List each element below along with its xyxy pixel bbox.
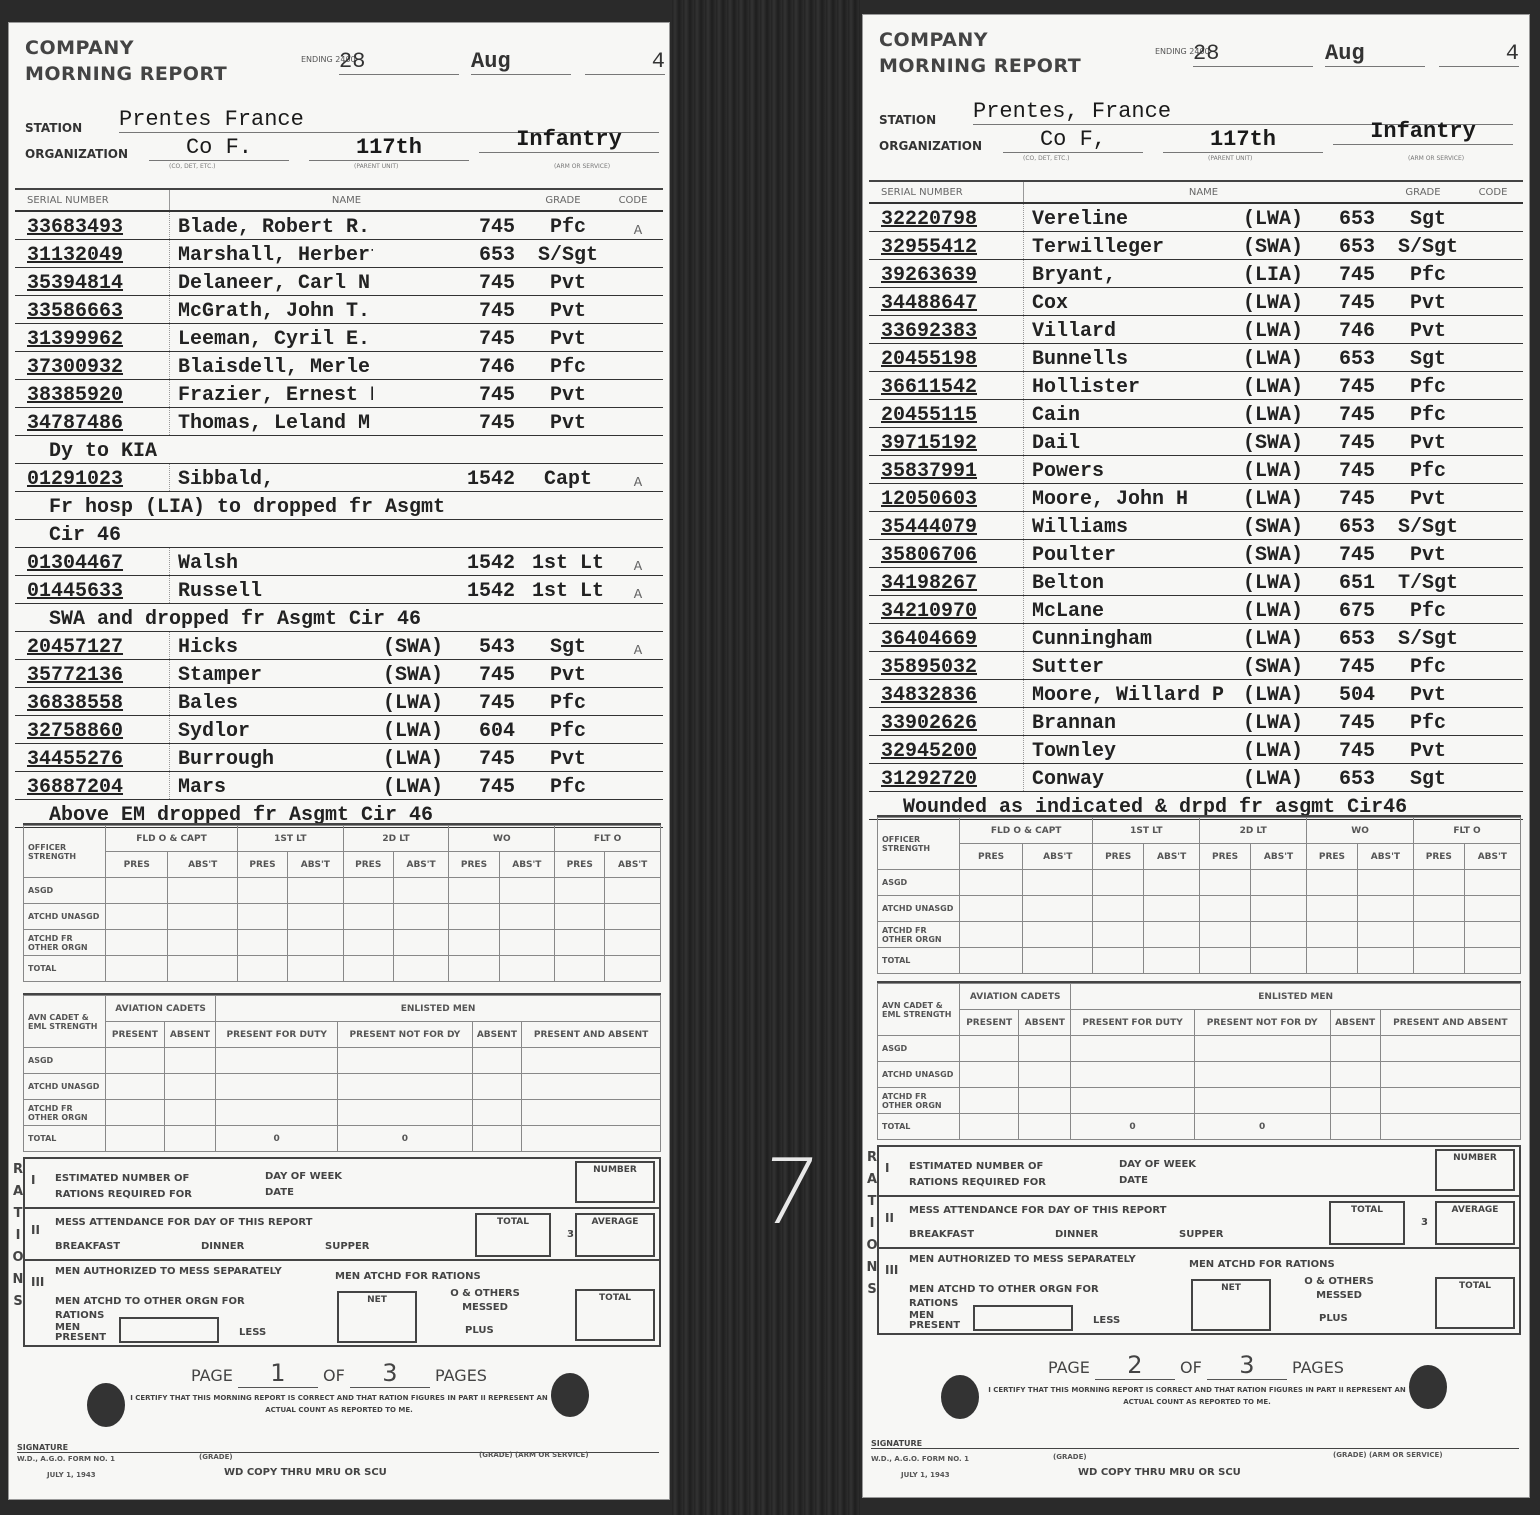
org-regiment: 117th: [1163, 127, 1323, 153]
mos-code: 653: [1313, 628, 1383, 651]
mos-code: 746: [453, 356, 523, 379]
grade: Pfc: [1383, 404, 1473, 427]
roster-row: 31292720Conway(LWA)653Sgt: [869, 764, 1523, 792]
mos-code: 745: [1313, 432, 1383, 455]
strength-row: ASGD: [878, 1036, 1521, 1062]
roster-row: 20455198Bunnells(LWA)653Sgt: [869, 344, 1523, 372]
strength-row: ATCHD UNASGD: [24, 1074, 661, 1100]
serial-number: 37300932: [15, 352, 170, 379]
soldier-name: Hollister: [1024, 376, 1233, 399]
roster-row: 39715192Dail(SWA)745Pvt: [869, 428, 1523, 456]
casualty-status: (SWA): [1233, 544, 1313, 567]
mos-code: 745: [1313, 264, 1383, 287]
report-day: 28: [1193, 41, 1313, 67]
roster-row: 01304467Walsh15421st LtA: [15, 548, 663, 576]
casualty-status: (SWA): [1233, 432, 1313, 455]
grade: Sgt: [523, 636, 613, 659]
casualty-status: (LWA): [1233, 600, 1313, 623]
serial-number: 39715192: [869, 428, 1024, 455]
roster-row: 38385920Frazier, Ernest E.745Pvt: [15, 380, 663, 408]
grade: Sgt: [1383, 768, 1473, 791]
form-title: COMPANY MORNING REPORT: [25, 35, 227, 87]
mess-total-box: TOTAL: [1329, 1201, 1405, 1245]
soldier-name: Powers: [1024, 460, 1233, 483]
strength-row: ATCHD UNASGD: [24, 904, 661, 930]
serial-number: 01304467: [15, 548, 170, 575]
mos-code: 604: [453, 720, 523, 743]
col-name: NAME: [170, 195, 523, 206]
soldier-name: Brannan: [1024, 712, 1233, 735]
mos-code: 1542: [453, 468, 523, 491]
roster-row: 32220798Vereline(LWA)653Sgt: [869, 204, 1523, 232]
mos-code: 745: [1313, 292, 1383, 315]
cadet-enlisted-strength-table: AVN CADET & EML STRENGTH AVIATION CADETS…: [877, 981, 1521, 1140]
roster-row: 34832836Moore, Willard P(LWA)504Pvt: [869, 680, 1523, 708]
grade: Pfc: [523, 216, 613, 239]
grade: Pfc: [1383, 460, 1473, 483]
soldier-name: Bunnells: [1024, 348, 1233, 371]
serial-number: 01291023: [15, 464, 170, 491]
serial-number: 32955412: [869, 232, 1024, 259]
roster-row: 36404669Cunningham(LWA)653S/Sgt: [869, 624, 1523, 652]
grade: S/Sgt: [1383, 236, 1473, 259]
report-year: 4: [1439, 41, 1519, 67]
wd-copy-label: WD COPY THRU MRU OR SCU: [224, 1467, 387, 1478]
roster-row: 20455115Cain(LWA)745Pfc: [869, 400, 1523, 428]
grade: Pvt: [1383, 292, 1473, 315]
soldier-name: Hicks: [170, 636, 373, 659]
mos-code: 745: [453, 300, 523, 323]
soldier-name: Delaneer, Carl N.: [170, 272, 373, 295]
casualty-status: (LWA): [1233, 292, 1313, 315]
officer-strength-label: OFFICER STRENGTH: [24, 826, 106, 878]
grade: S/Sgt: [1383, 516, 1473, 539]
col-serial: SERIAL NUMBER: [15, 190, 170, 210]
code-mark: A: [613, 559, 663, 575]
serial-number: 32220798: [869, 204, 1024, 231]
casualty-status: (LWA): [1233, 208, 1313, 231]
binding-gutter: [672, 0, 860, 1515]
page-total: 3: [350, 1359, 430, 1388]
punch-hole-left: [87, 1383, 125, 1427]
code-mark: A: [613, 643, 663, 659]
serial-number: 33683493: [15, 212, 170, 239]
strength-row: ATCHD FR OTHER ORGN: [24, 930, 661, 956]
rations-part-1: I ESTIMATED NUMBER OF RATIONS REQUIRED F…: [25, 1159, 659, 1209]
roster-row: 33683493Blade, Robert R.745PfcA: [15, 212, 663, 240]
grade: Pvt: [1383, 684, 1473, 707]
strength-row: ASGD: [24, 1048, 661, 1074]
mos-code: 653: [1313, 208, 1383, 231]
mos-code: 651: [1313, 572, 1383, 595]
soldier-name: Marshall, Herbert J.: [170, 244, 373, 267]
serial-number: 20455115: [869, 400, 1024, 427]
serial-number: 34210970: [869, 596, 1024, 623]
grade: Sgt: [1383, 208, 1473, 231]
grade: S/Sgt: [523, 244, 613, 267]
soldier-name: Belton: [1024, 572, 1233, 595]
roster-row: 01291023Sibbald,1542CaptA: [15, 464, 663, 492]
code-mark: A: [613, 223, 663, 239]
roster-lines: 32220798Vereline(LWA)653Sgt32955412Terwi…: [869, 204, 1523, 820]
rations-part-2: II MESS ATTENDANCE FOR DAY OF THIS REPOR…: [25, 1209, 659, 1261]
col-serial: SERIAL NUMBER: [869, 182, 1024, 202]
roster-row: 31132049Marshall, Herbert J.653S/Sgt: [15, 240, 663, 268]
mos-code: 745: [453, 384, 523, 407]
remark-line: SWA and dropped fr Asgmt Cir 46: [15, 604, 663, 632]
roster-row: 35806706Poulter(SWA)745Pvt: [869, 540, 1523, 568]
org-arm: Infantry: [1333, 119, 1513, 145]
casualty-status: (LWA): [1233, 320, 1313, 343]
officer-strength-table: OFFICER STRENGTH FLD O & CAPT 1ST LT 2D …: [23, 823, 661, 982]
form-number: W.D., A.G.O. FORM NO. 1: [871, 1455, 969, 1463]
casualty-status: (LWA): [373, 720, 453, 743]
page-number: 2: [1095, 1351, 1175, 1380]
soldier-name: Sibbald,: [170, 468, 373, 491]
serial-number: 34488647: [869, 288, 1024, 315]
soldier-name: Mars: [170, 776, 373, 799]
organization-label: ORGANIZATION: [25, 147, 128, 161]
soldier-name: Williams: [1024, 516, 1233, 539]
casualty-status: (LWA): [1233, 628, 1313, 651]
roster-row: 35394814Delaneer, Carl N.745Pvt: [15, 268, 663, 296]
mos-code: 745: [453, 692, 523, 715]
casualty-status: (LWA): [1233, 768, 1313, 791]
soldier-name: Sydlor: [170, 720, 373, 743]
grade: Pfc: [523, 356, 613, 379]
mos-code: 543: [453, 636, 523, 659]
roster-row: 35772136Stamper(SWA)745Pvt: [15, 660, 663, 688]
org-arm: Infantry: [479, 127, 659, 153]
casualty-status: (LWA): [1233, 376, 1313, 399]
men-present-box: [973, 1305, 1073, 1331]
grade: Pfc: [523, 776, 613, 799]
soldier-name: McGrath, John T.: [170, 300, 373, 323]
serial-number: 35444079: [869, 512, 1024, 539]
soldier-name: Moore, Willard P: [1024, 684, 1233, 707]
soldier-name: Russell: [170, 580, 373, 603]
grade: Pfc: [1383, 376, 1473, 399]
mos-code: 653: [453, 244, 523, 267]
form-title: COMPANY MORNING REPORT: [879, 27, 1081, 79]
rations-side-label: RATIONS: [11, 1159, 25, 1313]
serial-number: 31399962: [15, 324, 170, 351]
casualty-status: (LWA): [1233, 572, 1313, 595]
mos-code: 745: [453, 776, 523, 799]
serial-number: 33586663: [15, 296, 170, 323]
roster-row: 01445633Russell15421st LtA: [15, 576, 663, 604]
station-label: STATION: [879, 113, 936, 127]
wd-copy-label: WD COPY THRU MRU OR SCU: [1078, 1467, 1241, 1478]
remark-line: Cir 46: [15, 520, 663, 548]
punch-hole-right: [1409, 1365, 1447, 1409]
mos-code: 745: [1313, 656, 1383, 679]
mos-code: 653: [1313, 768, 1383, 791]
soldier-name: Cain: [1024, 404, 1233, 427]
mos-code: 745: [1313, 404, 1383, 427]
mos-code: 745: [1313, 544, 1383, 567]
soldier-name: Stamper: [170, 664, 373, 687]
strength-row: ASGD: [24, 878, 661, 904]
serial-number: 33902626: [869, 708, 1024, 735]
serial-number: 12050603: [869, 484, 1024, 511]
roster-row: 35895032Sutter(SWA)745Pfc: [869, 652, 1523, 680]
mos-code: 1542: [453, 580, 523, 603]
soldier-name: Cunningham: [1024, 628, 1233, 651]
men-present-box: [119, 1317, 219, 1343]
cadet-enlisted-strength-table: AVN CADET & EML STRENGTH AVIATION CADETS…: [23, 993, 661, 1152]
serial-number: 32945200: [869, 736, 1024, 763]
soldier-name: Leeman, Cyril E.: [170, 328, 373, 351]
grade: Pvt: [523, 748, 613, 771]
roster-row: 12050603Moore, John H(LWA)745Pvt: [869, 484, 1523, 512]
serial-number: 36611542: [869, 372, 1024, 399]
remark-line: Fr hosp (LIA) to dropped fr Asgmt: [15, 492, 663, 520]
serial-number: 34832836: [869, 680, 1024, 707]
roster-table: SERIAL NUMBER NAME GRADE CODE 33683493Bl…: [15, 188, 663, 828]
mos-code: 745: [453, 328, 523, 351]
strength-row: ATCHD FR OTHER ORGN: [878, 922, 1521, 948]
morning-report-page-2: COMPANY MORNING REPORT ENDING 2400 28 Au…: [862, 14, 1530, 1498]
roster-row: 34455276Burrough(LWA)745Pvt: [15, 744, 663, 772]
serial-number: 35837991: [869, 456, 1024, 483]
soldier-name: Bales: [170, 692, 373, 715]
strength-row: TOTAL00: [878, 1114, 1521, 1140]
roster-row: 34198267Belton(LWA)651T/Sgt: [869, 568, 1523, 596]
casualty-status: (LWA): [373, 748, 453, 771]
rations-part-3: III MEN AUTHORIZED TO MESS SEPARATELY ME…: [879, 1249, 1519, 1331]
strength-row: TOTAL: [24, 956, 661, 982]
casualty-status: (LWA): [1233, 684, 1313, 707]
grade: Sgt: [1383, 348, 1473, 371]
serial-number: 01445633: [15, 576, 170, 603]
serial-number: 35806706: [869, 540, 1024, 567]
col-grade: GRADE: [1383, 187, 1463, 198]
form-date: JULY 1, 1943: [901, 1471, 950, 1479]
casualty-status: (LIA): [1233, 264, 1313, 287]
report-header: COMPANY MORNING REPORT ENDING 2400 28 Au…: [9, 23, 669, 188]
grade: Capt: [523, 468, 613, 491]
grade: Pvt: [523, 664, 613, 687]
casualty-status: (LWA): [373, 692, 453, 715]
rations-total-box: TOTAL: [575, 1289, 655, 1341]
grade: Pfc: [523, 692, 613, 715]
mos-code: 675: [1313, 600, 1383, 623]
rations-section: RATIONS I ESTIMATED NUMBER OF RATIONS RE…: [23, 1157, 661, 1347]
roster-row: 35444079Williams(SWA)653S/Sgt: [869, 512, 1523, 540]
roster-row: 37300932Blaisdell, Merle P.746Pfc: [15, 352, 663, 380]
casualty-status: (LWA): [1233, 712, 1313, 735]
grade: Pvt: [523, 384, 613, 407]
signature-line: SIGNATURE: [871, 1439, 1519, 1449]
serial-number: 35895032: [869, 652, 1024, 679]
roster-row: 36887204Mars(LWA)745Pfc: [15, 772, 663, 800]
grade: Pfc: [523, 720, 613, 743]
serial-number: 34787486: [15, 408, 170, 435]
certification-text: I CERTIFY THAT THIS MORNING REPORT IS CO…: [987, 1384, 1407, 1408]
roster-row: 31399962Leeman, Cyril E.745Pvt: [15, 324, 663, 352]
grade: T/Sgt: [1383, 572, 1473, 595]
casualty-status: (LWA): [373, 776, 453, 799]
grade: Pvt: [1383, 740, 1473, 763]
form-number: W.D., A.G.O. FORM NO. 1: [17, 1455, 115, 1463]
report-month: Aug: [471, 49, 571, 75]
mos-code: 1542: [453, 552, 523, 575]
mos-code: 746: [1313, 320, 1383, 343]
soldier-name: Bryant,: [1024, 264, 1233, 287]
roster-row: 32758860Sydlor(LWA)604Pfc: [15, 716, 663, 744]
number-box: NUMBER: [575, 1161, 655, 1203]
roster-row: 35837991Powers(LWA)745Pfc: [869, 456, 1523, 484]
soldier-name: Blaisdell, Merle P.: [170, 356, 373, 379]
serial-number: 35772136: [15, 660, 170, 687]
soldier-name: Vereline: [1024, 208, 1233, 231]
soldier-name: Poulter: [1024, 544, 1233, 567]
page-number: 1: [238, 1359, 318, 1388]
strength-row: ATCHD UNASGD: [878, 1062, 1521, 1088]
soldier-name: Walsh: [170, 552, 373, 575]
mos-code: 745: [1313, 740, 1383, 763]
org-regiment: 117th: [309, 135, 469, 161]
soldier-name: Terwilleger: [1024, 236, 1233, 259]
col-code: CODE: [603, 195, 663, 206]
roster-row: 36838558Bales(LWA)745Pfc: [15, 688, 663, 716]
soldier-name: Moore, John H: [1024, 488, 1233, 511]
roster-table: SERIAL NUMBER NAME GRADE CODE 32220798Ve…: [869, 180, 1523, 820]
roster-row: 34787486Thomas, Leland M.745Pvt: [15, 408, 663, 436]
grade: Pfc: [1383, 600, 1473, 623]
grade: Pvt: [523, 328, 613, 351]
casualty-status: (SWA): [1233, 236, 1313, 259]
casualty-status: (SWA): [373, 664, 453, 687]
form-date: JULY 1, 1943: [47, 1471, 96, 1479]
mos-code: 745: [1313, 376, 1383, 399]
soldier-name: McLane: [1024, 600, 1233, 623]
average-box: AVERAGE: [575, 1213, 655, 1257]
soldier-name: Frazier, Ernest E.: [170, 384, 373, 407]
net-box: NET: [337, 1291, 417, 1343]
grade: Pvt: [1383, 488, 1473, 511]
code-mark: A: [613, 475, 663, 491]
report-year: 4: [585, 49, 665, 75]
soldier-name: Burrough: [170, 748, 373, 771]
mos-code: 745: [453, 216, 523, 239]
grade: Pfc: [1383, 712, 1473, 735]
roster-row: 32945200Townley(LWA)745Pvt: [869, 736, 1523, 764]
org-company: Co F,: [1003, 127, 1143, 153]
mos-code: 745: [453, 272, 523, 295]
roster-row: 39263639Bryant,(LIA)745Pfc: [869, 260, 1523, 288]
serial-number: 20457127: [15, 632, 170, 659]
serial-number: 31292720: [869, 764, 1024, 791]
strength-row: ATCHD FR OTHER ORGN: [878, 1088, 1521, 1114]
grade: Pvt: [1383, 320, 1473, 343]
roster-row: 34210970McLane(LWA)675Pfc: [869, 596, 1523, 624]
casualty-status: (SWA): [1233, 656, 1313, 679]
strength-row: ATCHD FR OTHER ORGN: [24, 1100, 661, 1126]
organization-label: ORGANIZATION: [879, 139, 982, 153]
casualty-status: (LWA): [1233, 488, 1313, 511]
org-company: Co F.: [149, 135, 289, 161]
grade: Pvt: [1383, 432, 1473, 455]
mess-total-box: TOTAL: [475, 1213, 551, 1257]
grade: Pvt: [1383, 544, 1473, 567]
serial-number: 20455198: [869, 344, 1024, 371]
grade: Pfc: [1383, 264, 1473, 287]
grade: S/Sgt: [1383, 628, 1473, 651]
serial-number: 36838558: [15, 688, 170, 715]
casualty-status: (LWA): [1233, 460, 1313, 483]
strength-row: TOTAL: [878, 948, 1521, 974]
soldier-name: Dail: [1024, 432, 1233, 455]
serial-number: 39263639: [869, 260, 1024, 287]
report-header: COMPANY MORNING REPORT ENDING 2400 28 Au…: [863, 15, 1529, 180]
soldier-name: Cox: [1024, 292, 1233, 315]
mos-code: 504: [1313, 684, 1383, 707]
grade: 1st Lt: [523, 580, 613, 603]
mos-code: 653: [1313, 348, 1383, 371]
roster-row: 36611542Hollister(LWA)745Pfc: [869, 372, 1523, 400]
strength-row: ATCHD UNASGD: [878, 896, 1521, 922]
report-day: 28: [339, 49, 459, 75]
mos-code: 653: [1313, 516, 1383, 539]
certification-text: I CERTIFY THAT THIS MORNING REPORT IS CO…: [129, 1392, 549, 1416]
grade: Pvt: [523, 272, 613, 295]
net-box: NET: [1191, 1279, 1271, 1331]
mos-code: 745: [1313, 460, 1383, 483]
serial-number: 31132049: [15, 240, 170, 267]
casualty-status: (LWA): [1233, 348, 1313, 371]
roster-row: 33692383Villard(LWA)746Pvt: [869, 316, 1523, 344]
grade: Pfc: [1383, 656, 1473, 679]
roster-row: 33902626Brannan(LWA)745Pfc: [869, 708, 1523, 736]
rations-part-2: II MESS ATTENDANCE FOR DAY OF THIS REPOR…: [879, 1197, 1519, 1249]
mos-code: 745: [453, 748, 523, 771]
grade: Pvt: [523, 412, 613, 435]
rations-part-1: I ESTIMATED NUMBER OF RATIONS REQUIRED F…: [879, 1147, 1519, 1197]
rations-side-label: RATIONS: [865, 1147, 879, 1301]
roster-column-headers: SERIAL NUMBER NAME GRADE CODE: [15, 190, 663, 212]
roster-row: 20457127Hicks(SWA)543SgtA: [15, 632, 663, 660]
code-mark: A: [613, 587, 663, 603]
serial-number: 33692383: [869, 316, 1024, 343]
mos-code: 653: [1313, 236, 1383, 259]
col-code: CODE: [1463, 187, 1523, 198]
soldier-name: Conway: [1024, 768, 1233, 791]
strength-row: TOTAL00: [24, 1126, 661, 1152]
serial-number: 35394814: [15, 268, 170, 295]
serial-number: 32758860: [15, 716, 170, 743]
page-total: 3: [1207, 1351, 1287, 1380]
casualty-status: (LWA): [1233, 404, 1313, 427]
grade: 1st Lt: [523, 552, 613, 575]
soldier-name: Sutter: [1024, 656, 1233, 679]
soldier-name: Thomas, Leland M.: [170, 412, 373, 435]
roster-lines: 33683493Blade, Robert R.745PfcA31132049M…: [15, 212, 663, 828]
soldier-name: Townley: [1024, 740, 1233, 763]
punch-hole-left: [941, 1375, 979, 1419]
roster-row: 32955412Terwilleger(SWA)653S/Sgt: [869, 232, 1523, 260]
roster-row: 34488647Cox(LWA)745Pvt: [869, 288, 1523, 316]
rations-part-3: III MEN AUTHORIZED TO MESS SEPARATELY ME…: [25, 1261, 659, 1343]
station-label: STATION: [25, 121, 82, 135]
col-grade: GRADE: [523, 195, 603, 206]
serial-number: 38385920: [15, 380, 170, 407]
punch-hole-right: [551, 1373, 589, 1417]
rations-section: RATIONS I ESTIMATED NUMBER OF RATIONS RE…: [877, 1145, 1521, 1335]
strength-row: ASGD: [878, 870, 1521, 896]
sub-co-label: (CO, DET, ETC.): [169, 163, 216, 170]
